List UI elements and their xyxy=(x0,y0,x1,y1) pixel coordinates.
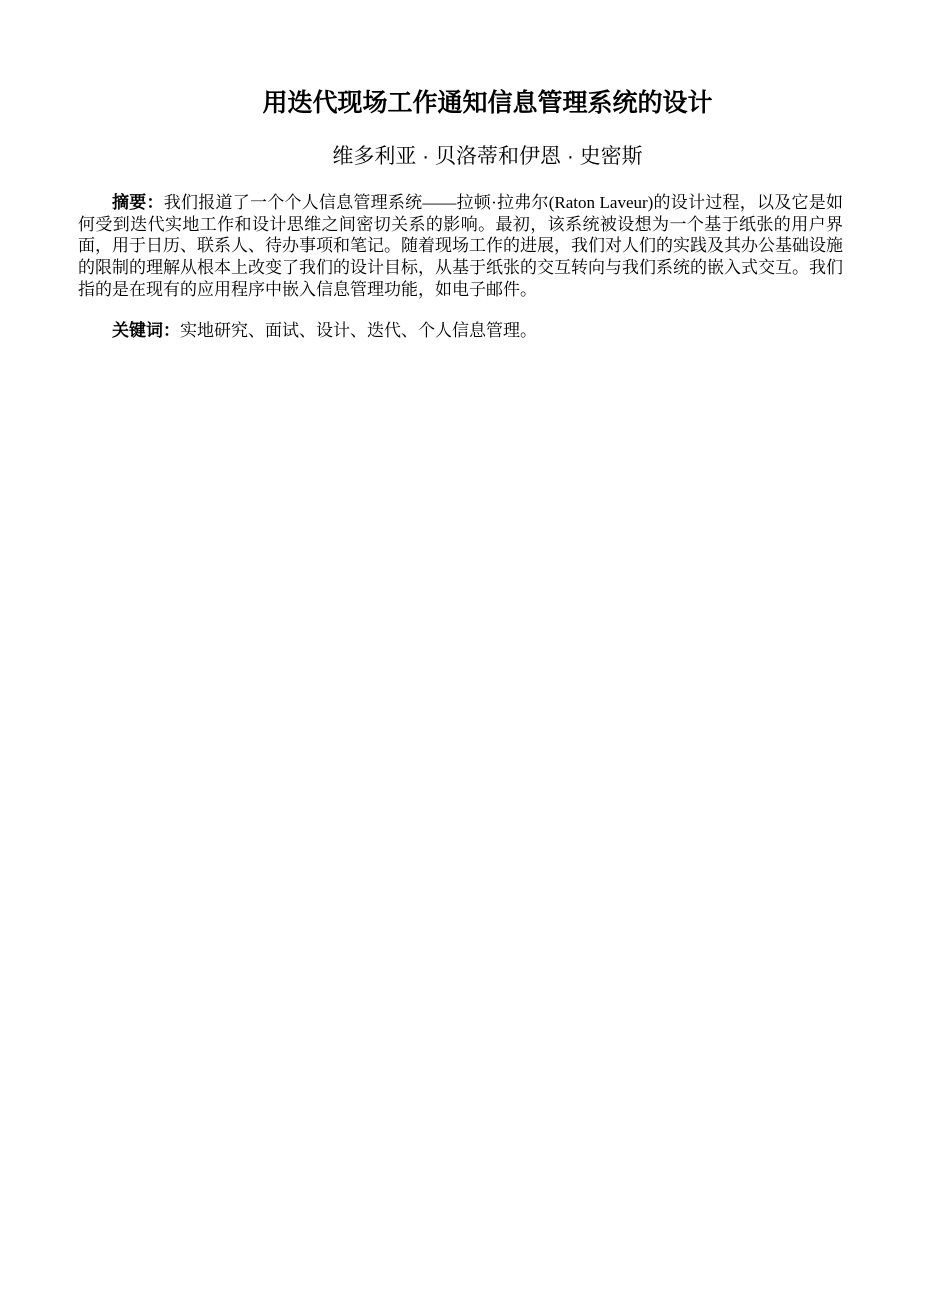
document-title: 用迭代现场工作通知信息管理系统的设计 xyxy=(78,88,843,118)
abstract-paragraph: 摘要：我们报道了一个个人信息管理系统——拉顿·拉弗尔(Raton Laveur)… xyxy=(78,192,843,301)
abstract-text: 我们报道了一个个人信息管理系统——拉顿·拉弗尔(Raton Laveur)的设计… xyxy=(78,193,843,299)
keywords-text: 实地研究、面试、设计、迭代、个人信息管理。 xyxy=(180,321,537,340)
keywords-paragraph: 关键词：实地研究、面试、设计、迭代、个人信息管理。 xyxy=(78,320,843,342)
keywords-label: 关键词： xyxy=(112,321,180,340)
document-page: 用迭代现场工作通知信息管理系统的设计 维多利亚 · 贝洛蒂和伊恩 · 史密斯 摘… xyxy=(0,0,926,1309)
document-author: 维多利亚 · 贝洛蒂和伊恩 · 史密斯 xyxy=(78,143,843,170)
abstract-label: 摘要： xyxy=(112,193,164,212)
